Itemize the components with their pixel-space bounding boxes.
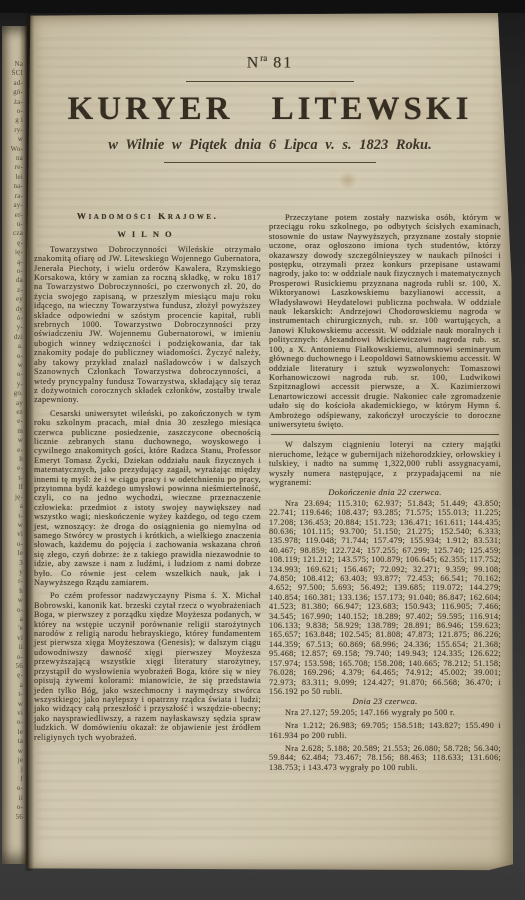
lottery-subheading-june23: Dnia 23 czerwca. [269, 697, 501, 706]
paragraph-lottery-intro: W dalszym ciągnieniu loteryi na cztery m… [269, 440, 501, 487]
paragraph-bobrowski-lecture: Po czém professor nadzwyczayny Pisma ś. … [34, 591, 261, 742]
lottery-numbers-200r: Nra 1.212; 26.983; 69.705; 158.518; 143.… [269, 721, 501, 740]
issue-number: Nra 81 [27, 53, 513, 72]
issue-superscript: ra [260, 53, 267, 63]
adjacent-page-text-fragments: Na ŚCI ad- gń- ża- o- g i ry- w Wo- na r… [2, 60, 23, 822]
newspaper-title: KURYER LITEWSKI [27, 91, 513, 128]
paragraph-charity: Towarzystwo Dobroczynności Wileńskie otr… [34, 245, 261, 405]
scanner-top-band [0, 0, 525, 13]
paragraph-university-session: Cesarski uniwersytet wileński, po zakońc… [34, 409, 261, 588]
left-column: Wiadomości Krajowe. WILNO Towarzystwo Do… [34, 213, 261, 869]
paragraph-university-awards: Przeczytane potem zostały nazwiska osób,… [269, 213, 501, 429]
right-column: Przeczytane potem zostały nazwiska osób,… [269, 213, 501, 869]
lottery-numbers-500r: Nra 27.127; 59.205; 147.166 wygrały po 5… [269, 708, 501, 717]
city-heading: WILNO [34, 230, 261, 239]
masthead-rule-bottom [164, 162, 376, 163]
issue-prefix: N [247, 54, 261, 71]
body-columns: Wiadomości Krajowe. WILNO Towarzystwo Do… [27, 213, 513, 869]
section-divider-rule [271, 434, 498, 435]
dateline: w Wilnie w Piątek dnia 6 Lipca v. s. 182… [27, 137, 513, 154]
lottery-numbers-100r: Nra 2.628; 5.188; 20.589; 21.553; 26.080… [269, 744, 501, 772]
scan-background: Na ŚCI ad- gń- ża- o- g i ry- w Wo- na r… [0, 0, 525, 900]
newspaper-page: Nra 81 KURYER LITEWSKI w Wilnie w Piątek… [27, 13, 513, 871]
issue-digits: 81 [273, 54, 293, 71]
masthead: Nra 81 KURYER LITEWSKI w Wilnie w Piątek… [27, 53, 513, 163]
lottery-numbers-june22: Nra 23.694; 115.310; 62.937; 51.843; 51.… [269, 499, 501, 697]
section-heading: Wiadomości Krajowe. [34, 213, 261, 222]
lottery-subheading-june22: Dokończenie dnia 22 czerwca. [269, 488, 501, 497]
page-gutter-shadow [24, 13, 34, 871]
masthead-rule-top [186, 81, 354, 82]
